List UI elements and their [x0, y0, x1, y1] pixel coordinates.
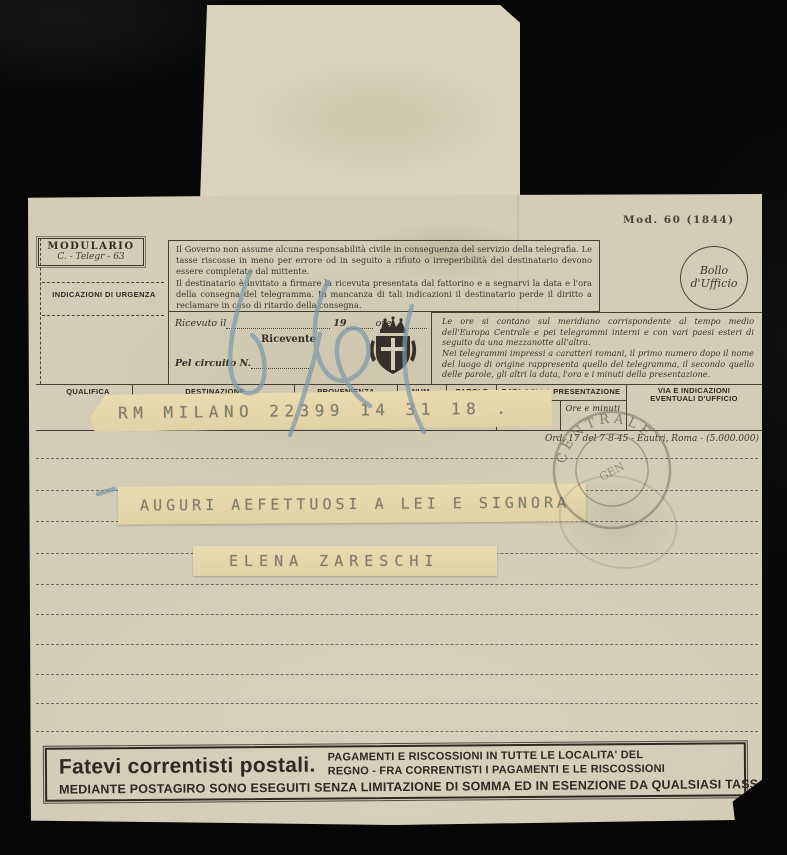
bollo-line-2: d'Ufficio — [691, 278, 738, 291]
envelope-flap — [200, 5, 520, 201]
disclaimer-paragraph-1: Il Governo non assume alcuna responsabil… — [176, 244, 592, 277]
scanned-telegram-photo: Mod. 60 (1844) MODULARIO C. - Telegr - 6… — [0, 0, 787, 855]
signature-tape-strip: ELENA ZARESCHI — [193, 546, 497, 576]
circuito-label: Pel circuito N. — [175, 358, 251, 369]
time-note-paragraph-1: Le ore si contano sul meridiano corrispo… — [442, 316, 754, 348]
urgency-rule-top — [42, 282, 164, 283]
time-note-paragraph-2: Nei telegrammi impressi a caratteri roma… — [442, 348, 754, 380]
banner-headline: Fatevi correntisti postali. — [59, 755, 316, 778]
ruled-line — [36, 674, 758, 675]
postal-advertisement-banner: Fatevi correntisti postali. PAGAMENTI E … — [45, 742, 746, 802]
form-model-number: Mod. 60 (1844) — [623, 214, 753, 226]
modulario-box: MODULARIO C. - Telegr - 63 — [38, 238, 144, 266]
routing-tape-strip: RM MILANO 22399 14 31 18 . — [90, 389, 552, 432]
ruled-line — [36, 614, 758, 615]
telegram-form: Mod. 60 (1844) MODULARIO C. - Telegr - 6… — [28, 194, 762, 825]
message-text: AUGURI AEFETTUOSI A LEI E SIGNORA — [140, 493, 570, 514]
disclaimer-paragraph-2: Il destinatario è invitato a firmare la … — [176, 278, 592, 311]
dotted-leader — [251, 359, 309, 369]
ruled-line — [36, 703, 758, 704]
ricevente-label: Ricevente — [261, 334, 316, 345]
ruled-line — [36, 584, 758, 585]
urgency-rule-bottom — [42, 315, 164, 316]
liability-disclaimer-box: Il Governo non assume alcuna responsabil… — [168, 240, 600, 312]
signature-text: ELENA ZARESCHI — [229, 552, 439, 570]
bollo-ufficio-circle: Bollo d'Ufficio — [680, 246, 748, 310]
urgency-label: INDICAZIONI DI URGENZA — [40, 290, 168, 299]
left-column-rule — [40, 238, 41, 384]
ricevuto-label: Ricevuto il — [175, 318, 226, 329]
modulario-subtitle: C. - Telegr - 63 — [39, 252, 143, 262]
table-header-rule — [36, 384, 762, 385]
ruled-line — [36, 731, 758, 732]
ruled-line — [36, 644, 758, 645]
message-tape-strip: AUGURI AEFETTUOSI A LEI E SIGNORA — [118, 483, 586, 524]
dotted-leader — [226, 319, 330, 329]
banner-line-2: REGNO - FRA CORRENTISTI I PAGAMENTI E LE… — [328, 763, 665, 779]
routing-text: RM MILANO 22399 14 31 18 . — [118, 399, 512, 423]
savoy-coat-of-arms-icon — [364, 316, 422, 376]
year-prefix: 19 — [333, 318, 346, 329]
time-note-box: Le ore si contano sul meridiano corrispo… — [432, 312, 762, 384]
modulario-title: MODULARIO — [39, 241, 143, 252]
